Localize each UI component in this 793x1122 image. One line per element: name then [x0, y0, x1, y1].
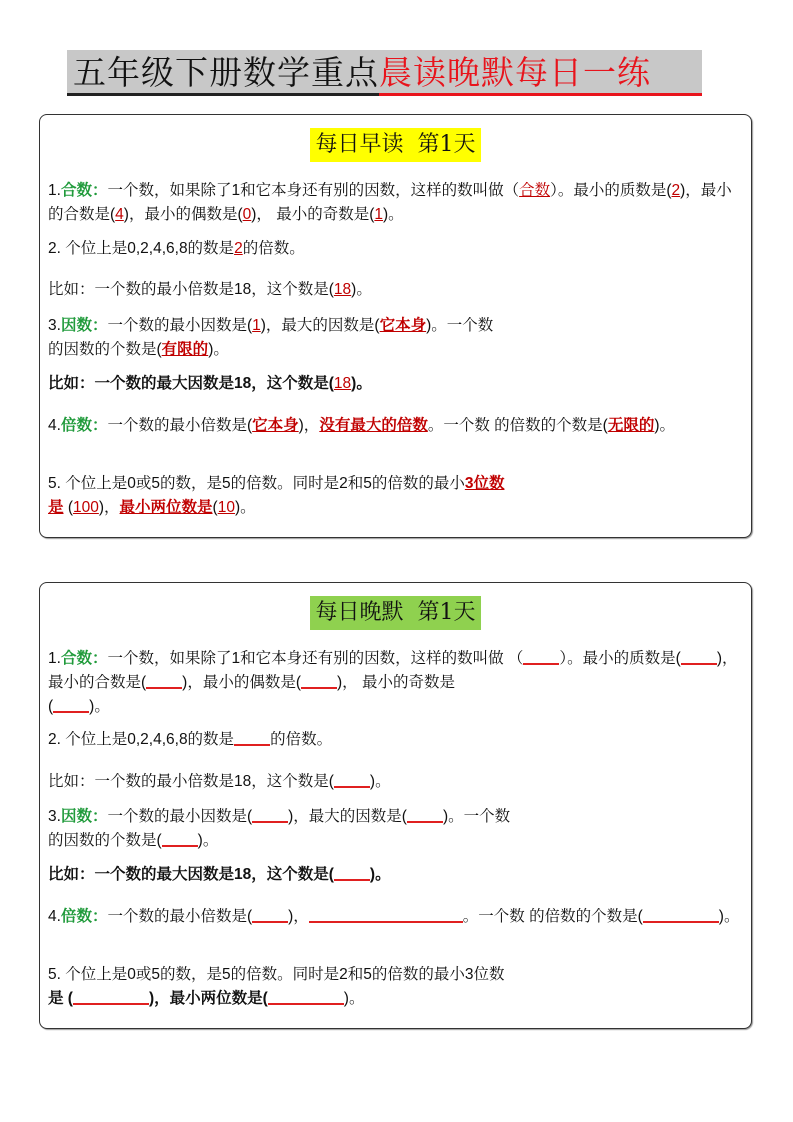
item-2: 2. 个位上是0,2,4,6,8的数是的倍数。 [48, 728, 743, 752]
answer-blank[interactable] [643, 905, 719, 923]
answer: 最小两位数是 [120, 499, 213, 516]
answer: 1 [374, 206, 383, 223]
item-1: 1.合数：一个数，如果除了1和它本身还有别的因数，这样的数叫做 （）。最小的质数… [48, 647, 743, 719]
card-title: 每日晚默 第1天 [310, 596, 482, 630]
item-4: 4.倍数：一个数的最小倍数是()，。一个数 的倍数的个数是()。 [48, 905, 743, 929]
answer: 100 [73, 499, 99, 516]
answer: 2 [672, 182, 681, 199]
answer: 18 [334, 375, 351, 392]
answer: 1 [252, 317, 261, 334]
item-1: 1.合数：一个数，如果除了1和它本身还有别的因数，这样的数叫做（合数）。最小的质… [48, 179, 743, 227]
item-4: 4.倍数：一个数的最小倍数是(它本身)，没有最大的倍数。一个数 的倍数的个数是(… [48, 414, 743, 438]
answer: 合数 [519, 182, 550, 199]
item-3: 3.因数：一个数的最小因数是()，最大的因数是()。一个数的因数的个数是()。 [48, 805, 631, 853]
answer: 18 [334, 281, 351, 298]
title-black: 五年级下册数学重点 [67, 50, 379, 96]
card-title: 每日早读 第1天 [310, 128, 482, 162]
answer-blank[interactable] [407, 805, 443, 823]
item-5: 5. 个位上是0或5的数，是5的倍数。同时是2和5的倍数的最小3位数是 ()，最… [48, 963, 743, 1011]
answer-blank[interactable] [301, 671, 337, 689]
keyword: 倍数： [61, 908, 108, 925]
evening-dictation-card: 每日晚默 第1天 1.合数：一个数，如果除了1和它本身还有别的因数，这样的数叫做… [39, 582, 752, 1029]
item-2-example: 比如：一个数的最小倍数是18，这个数是()。 [48, 770, 743, 794]
answer: 有限的 [162, 341, 209, 358]
answer-blank[interactable] [334, 770, 370, 788]
answer-blank[interactable] [268, 987, 344, 1005]
answer: 它本身 [252, 417, 299, 434]
page-title: 五年级下册数学重点晨读晚默每日一练 [67, 50, 702, 96]
answer: 是 [48, 499, 64, 516]
answer: 4 [115, 206, 124, 223]
item-5: 5. 个位上是0或5的数，是5的倍数。同时是2和5的倍数的最小3位数是 (100… [48, 472, 743, 520]
item-3: 3.因数：一个数的最小因数是(1)，最大的因数是(它本身)。一个数的因数的个数是… [48, 314, 631, 362]
answer-blank[interactable] [162, 829, 198, 847]
keyword: 因数： [61, 317, 108, 334]
answer: 没有最大的倍数 [319, 417, 428, 434]
keyword: 合数： [61, 182, 108, 199]
item-3-example: 比如：一个数的最大因数是18，这个数是(18)。 [48, 372, 743, 396]
answer-blank[interactable] [309, 905, 463, 923]
answer-blank[interactable] [73, 987, 149, 1005]
keyword: 因数： [61, 808, 108, 825]
answer-blank[interactable] [146, 671, 182, 689]
answer: 0 [243, 206, 252, 223]
item-2-example: 比如：一个数的最小倍数是18，这个数是(18)。 [48, 278, 743, 302]
answer-blank[interactable] [252, 805, 288, 823]
keyword: 倍数： [61, 417, 108, 434]
answer-blank[interactable] [53, 695, 89, 713]
answer-blank[interactable] [252, 905, 288, 923]
answer: 无限的 [608, 417, 655, 434]
item-2: 2. 个位上是0,2,4,6,8的数是2的倍数。 [48, 237, 743, 261]
answer: 2 [234, 240, 243, 257]
answer: 3位数 [465, 475, 505, 492]
answer-blank[interactable] [334, 863, 370, 881]
answer-blank[interactable] [523, 647, 559, 665]
answer-blank[interactable] [681, 647, 717, 665]
keyword: 合数： [61, 650, 108, 667]
answer-blank[interactable] [234, 728, 270, 746]
title-red: 晨读晚默每日一练 [379, 50, 702, 96]
morning-reading-card: 每日早读 第1天 1.合数：一个数，如果除了1和它本身还有别的因数，这样的数叫做… [39, 114, 752, 538]
answer: 10 [218, 499, 235, 516]
answer: 它本身 [380, 317, 427, 334]
item-3-example: 比如：一个数的最大因数是18，这个数是()。 [48, 863, 743, 887]
